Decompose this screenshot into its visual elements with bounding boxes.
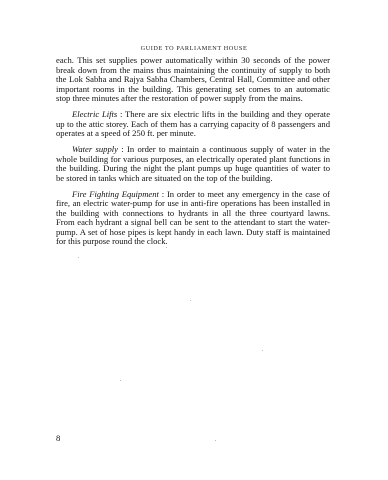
paragraph-text: each. This set supplies power automatica… <box>56 55 330 103</box>
scan-speck <box>262 350 263 351</box>
paragraph-fire-fighting: Fire Fighting Equipment : In order to me… <box>56 190 330 247</box>
paragraph-heading: Water supply <box>72 144 118 154</box>
scan-speck <box>78 257 79 258</box>
paragraph-power-supply: each. This set supplies power automatica… <box>56 56 330 104</box>
paragraph-text: : In order to meet any emergency in the … <box>56 189 330 247</box>
paragraph-water-supply: Water supply : In order to maintain a co… <box>56 145 330 183</box>
running-head: GUIDE TO PARLIAMENT HOUSE <box>0 45 388 52</box>
document-page: GUIDE TO PARLIAMENT HOUSE each. This set… <box>0 0 388 480</box>
paragraph-electric-lifts: Electric Lifts : There are six electric … <box>56 110 330 139</box>
scan-speck <box>120 380 121 381</box>
scan-speck <box>190 300 191 301</box>
paragraph-heading: Fire Fighting Equipment <box>72 189 159 199</box>
scan-speck <box>215 440 216 441</box>
paragraph-heading: Electric Lifts <box>72 109 117 119</box>
scan-speck <box>166 247 167 248</box>
page-number: 8 <box>56 433 60 443</box>
body-text: each. This set supplies power automatica… <box>56 56 330 253</box>
